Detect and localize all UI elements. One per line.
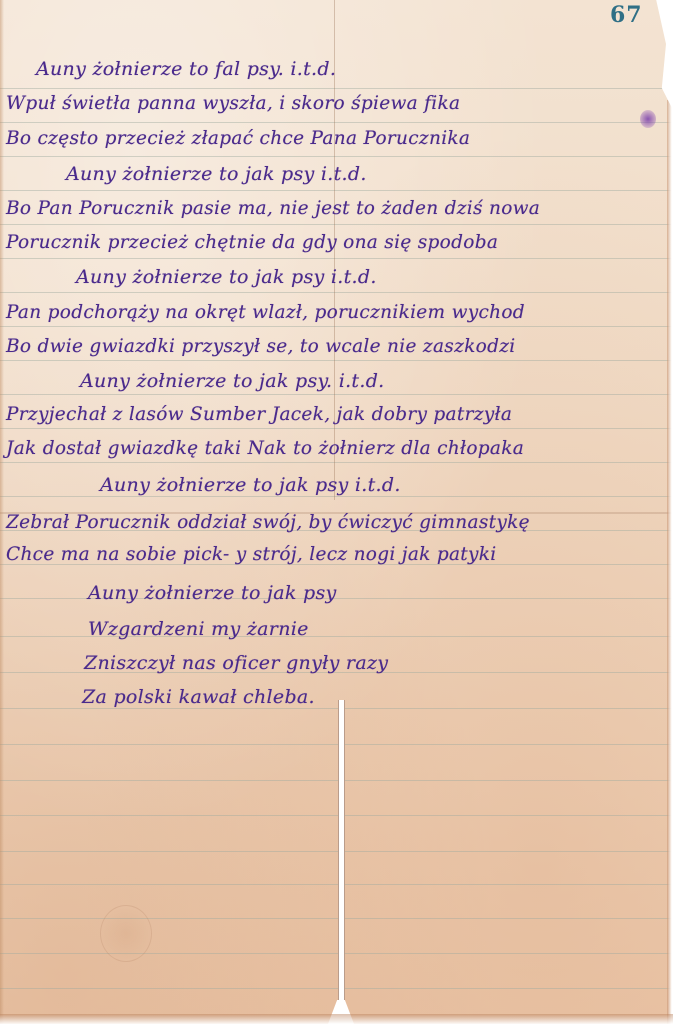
ruled-line xyxy=(0,851,673,852)
song-line-refrain: Zniszczył nas oficer gnyły razy xyxy=(84,652,388,674)
ruled-line xyxy=(0,708,673,709)
song-line-verse: Bo często przecież złapać chce Pana Poru… xyxy=(6,128,470,149)
ruled-line xyxy=(0,918,673,919)
ruled-line xyxy=(0,190,673,191)
song-line-verse: Zebrał Porucznik oddział swój, by ćwiczy… xyxy=(6,512,530,533)
song-line-verse: Pan podchorąży na okręt wlazł, porucznik… xyxy=(6,302,525,323)
song-line-verse: Chce ma na sobie pick- y strój, lecz nog… xyxy=(6,544,497,565)
song-line-verse: Bo dwie gwiazdki przyszył se, to wcale n… xyxy=(6,336,515,357)
ruled-line xyxy=(0,462,673,463)
page-number: 67 xyxy=(610,2,643,28)
ruled-line xyxy=(0,88,673,89)
song-line-verse: Bo Pan Porucznik pasie ma, nie jest to ż… xyxy=(6,198,540,219)
ruled-line xyxy=(0,122,673,123)
ruled-line xyxy=(0,744,673,745)
song-line-refrain: Wzgardzeni my żarnie xyxy=(88,618,309,640)
ink-blot xyxy=(640,110,656,128)
paper-tear xyxy=(338,700,345,1024)
ruled-line xyxy=(0,953,673,954)
song-line-refrain: Auny żołnierze to jak psy xyxy=(88,582,337,604)
song-line-refrain: Auny żołnierze to jak psy i.t.d. xyxy=(100,474,401,496)
ruled-line xyxy=(0,780,673,781)
song-line-verse: Porucznik przecież chętnie da gdy ona si… xyxy=(6,232,498,253)
ruled-line xyxy=(0,884,673,885)
ruled-line xyxy=(0,224,673,225)
song-line-refrain: Auny żołnierze to jak psy i.t.d. xyxy=(76,266,377,288)
ruled-line xyxy=(0,394,673,395)
song-line-verse: Przyjechał z lasów Sumber Jacek, jak dob… xyxy=(6,404,512,425)
paper-edge-right xyxy=(667,100,673,1024)
ruled-line xyxy=(0,326,673,327)
manuscript-page: 67 Auny żołnierze to fal psy. i.t.d. Wpu… xyxy=(0,0,673,1024)
torn-corner xyxy=(645,0,673,110)
ruled-line xyxy=(0,360,673,361)
ruled-line xyxy=(0,258,673,259)
water-stain xyxy=(100,905,152,962)
song-line-refrain: Za polski kawał chleba. xyxy=(82,686,315,708)
ruled-line xyxy=(0,156,673,157)
song-line-verse: Jak dostał gwiazdkę taki Nak to żołnierz… xyxy=(6,438,524,459)
ruled-line xyxy=(0,988,673,989)
song-line-refrain: Auny żołnierze to fal psy. i.t.d. xyxy=(36,58,336,80)
song-line-refrain: Auny żołnierze to jak psy. i.t.d. xyxy=(80,370,385,392)
song-line-verse: Wpuł świetła panna wyszła, i skoro śpiew… xyxy=(6,93,460,114)
ruled-line xyxy=(0,428,673,429)
song-line-refrain: Auny żołnierze to jak psy i.t.d. xyxy=(66,163,367,185)
ruled-line xyxy=(0,815,673,816)
ruled-line xyxy=(0,292,673,293)
paper-edge-left xyxy=(0,0,4,1024)
ruled-line xyxy=(0,496,673,497)
paper-edge-bottom xyxy=(0,1014,673,1024)
